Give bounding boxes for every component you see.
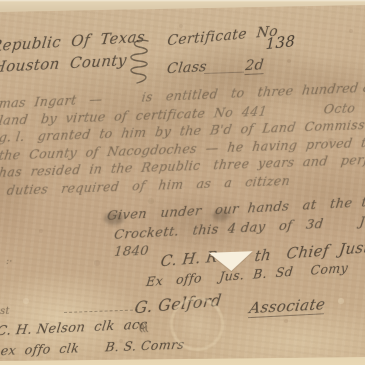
left-edge-mark-1: :· [6, 257, 13, 267]
coil-bracket-icon [124, 37, 156, 91]
certificate-label: Certificate No [167, 23, 279, 49]
water-stain [170, 297, 224, 351]
signature-clerk-line2: ex offo clk B. S. Comrs [0, 337, 185, 358]
class-value: 2d [245, 57, 265, 75]
class-rule [204, 72, 244, 74]
class-label: Class [166, 59, 208, 77]
scanned-document: Republic Of Texas Houston County Certifi… [0, 0, 365, 365]
header-region-line2: Houston County [0, 51, 128, 76]
certificate-number: 138 [265, 32, 295, 53]
dashed-rule [64, 309, 138, 313]
aged-paper-sheet: Republic Of Texas Houston County Certifi… [0, 0, 365, 365]
left-edge-mark-2: st [0, 306, 10, 317]
signature-clerk-line1: C. H. Nelson clk acc [0, 317, 148, 339]
squiggle-mark: ≋ [133, 318, 154, 335]
issuance-year: 1840 [113, 244, 149, 260]
torn-hole [209, 251, 254, 272]
paper-speckles [0, 0, 2, 2]
signature-associate-title: Associate [248, 295, 327, 318]
